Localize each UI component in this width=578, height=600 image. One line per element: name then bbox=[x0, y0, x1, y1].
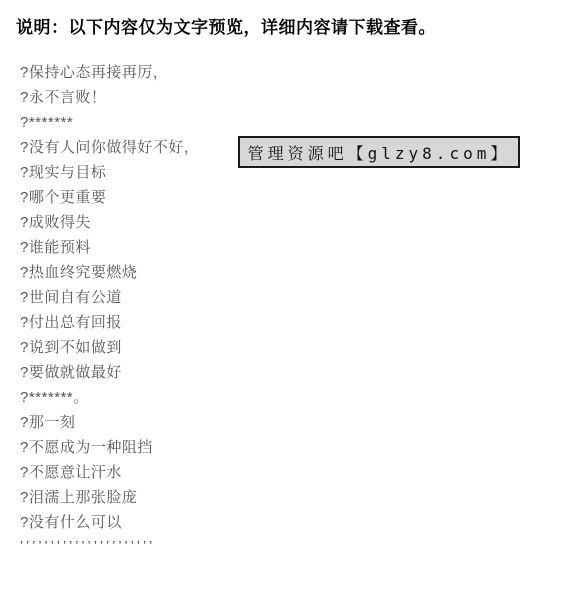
text-line: ?永不言败！ bbox=[20, 85, 560, 110]
text-line: ?泪濡上那张脸庞 bbox=[20, 485, 560, 510]
truncation-marks: ’’’’’’’’’’’’’’’’’’’’’’ bbox=[20, 535, 560, 562]
text-line: ?没有什么可以 bbox=[20, 510, 560, 535]
preview-page: 说明：以下内容仅为文字预览，详细内容请下载查看。 ?保持心态再接再厉， ?永不言… bbox=[0, 0, 578, 600]
preview-notice: 说明：以下内容仅为文字预览，详细内容请下载查看。 bbox=[16, 16, 564, 40]
text-line: ?不愿意让汗水 bbox=[20, 460, 560, 485]
text-line: ?谁能预料 bbox=[20, 235, 560, 260]
watermark-text: 管理资源吧【glzy8.com】 bbox=[248, 141, 511, 164]
text-line: ?付出总有回报 bbox=[20, 310, 560, 335]
text-line: ?保持心态再接再厉， bbox=[20, 60, 560, 85]
text-line: ?说到不如做到 bbox=[20, 335, 560, 360]
text-line: ?世间自有公道 bbox=[20, 285, 560, 310]
text-line: ?成败得失 bbox=[20, 210, 560, 235]
watermark-box: 管理资源吧【glzy8.com】 bbox=[238, 136, 520, 168]
text-line: ?那一刻 bbox=[20, 410, 560, 435]
text-line: ?哪个更重要 bbox=[20, 185, 560, 210]
text-line: ?不愿成为一种阻挡 bbox=[20, 435, 560, 460]
text-line: ?******* bbox=[20, 110, 560, 135]
text-line: ?热血终究要燃烧 bbox=[20, 260, 560, 285]
text-line: ?*******。 bbox=[20, 385, 560, 410]
text-line: ?要做就做最好 bbox=[20, 360, 560, 385]
